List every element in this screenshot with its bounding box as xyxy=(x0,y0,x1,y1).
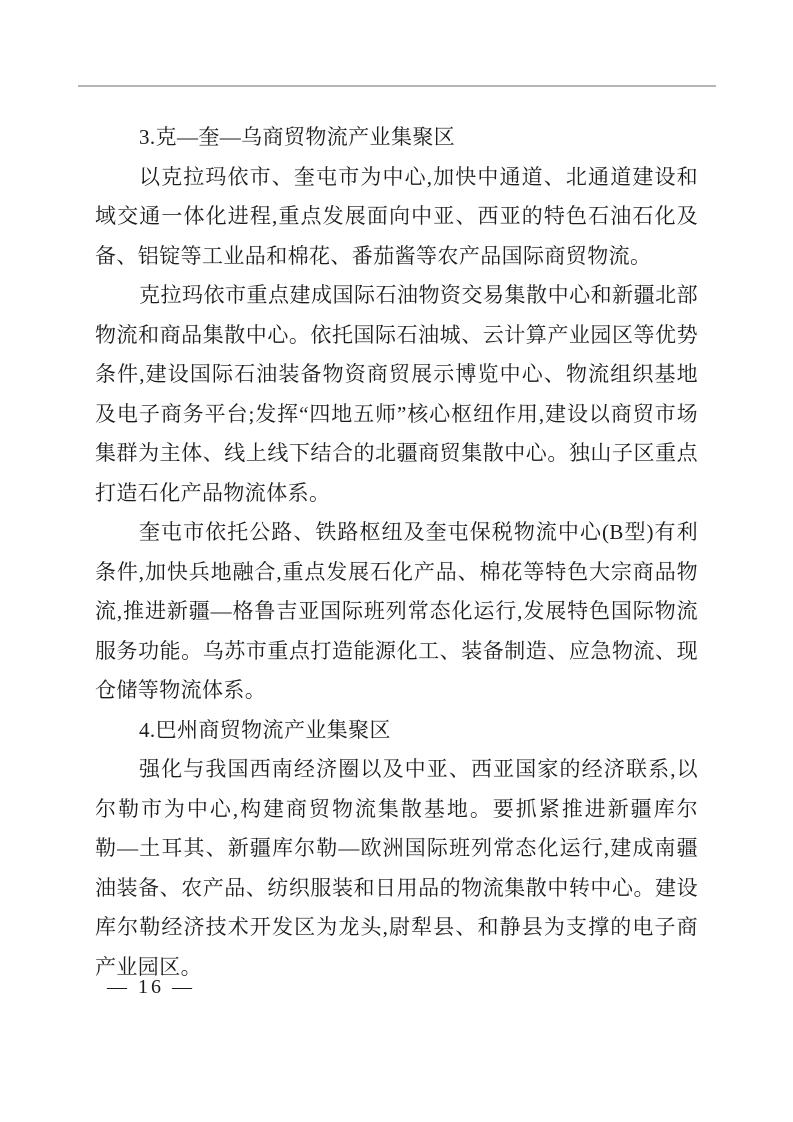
body-line: 打造石化产品物流体系。 xyxy=(95,474,698,514)
body-line: 油装备、农产品、纺织服装和日用品的物流集散中转中心。建设以 xyxy=(95,869,698,909)
header-rule xyxy=(78,85,716,87)
heading-line: 3.克—奎—乌商贸物流产业集聚区 xyxy=(95,118,698,158)
document-page: 3.克—奎—乌商贸物流产业集聚区以克拉玛依市、奎屯市为中心,加快中通道、北通道建… xyxy=(0,0,793,1122)
body-line: 尔勒市为中心,构建商贸物流集散基地。要抓紧推进新疆库尔 xyxy=(95,790,698,830)
body-line: 克拉玛依市重点建成国际石油物资交易集散中心和新疆北部 xyxy=(95,276,698,316)
body-line: 域交通一体化进程,重点发展面向中亚、西亚的特色石油石化及装 xyxy=(95,197,698,237)
body-line: 备、铝锭等工业品和棉花、番茄酱等农产品国际商贸物流。 xyxy=(95,237,698,277)
body-line: 勒—土耳其、新疆库尔勒—欧洲国际班列常态化运行,建成南疆石 xyxy=(95,829,698,869)
body-line: 流,推进新疆—格鲁吉亚国际班列常态化运行,发展特色国际物流 xyxy=(95,592,698,632)
heading-line: 4.巴州商贸物流产业集聚区 xyxy=(95,711,698,751)
body-line: 服务功能。乌苏市重点打造能源化工、装备制造、应急物流、现代 xyxy=(95,632,698,672)
document-body: 3.克—奎—乌商贸物流产业集聚区以克拉玛依市、奎屯市为中心,加快中通道、北通道建… xyxy=(95,118,698,987)
body-line: 及电子商务平台;发挥“四地五师”核心枢纽作用,建设以商贸市场 xyxy=(95,395,698,435)
body-line: 强化与我国西南经济圈以及中亚、西亚国家的经济联系,以库 xyxy=(95,750,698,790)
body-line: 以克拉玛依市、奎屯市为中心,加快中通道、北通道建设和区 xyxy=(95,158,698,198)
body-line: 条件,加快兵地融合,重点发展石化产品、棉花等特色大宗商品物 xyxy=(95,553,698,593)
body-line: 库尔勒经济技术开发区为龙头,尉犁县、和静县为支撑的电子商务 xyxy=(95,908,698,948)
body-line: 奎屯市依托公路、铁路枢纽及奎屯保税物流中心(B型)有利 xyxy=(95,513,698,553)
body-line: 物流和商品集散中心。依托国际石油城、云计算产业园区等优势 xyxy=(95,316,698,356)
body-line: 集群为主体、线上线下结合的北疆商贸集散中心。独山子区重点 xyxy=(95,434,698,474)
body-line: 仓储等物流体系。 xyxy=(95,671,698,711)
body-line: 条件,建设国际石油装备物资商贸展示博览中心、物流组织基地以 xyxy=(95,355,698,395)
page-number: — 16 — xyxy=(107,973,195,1001)
